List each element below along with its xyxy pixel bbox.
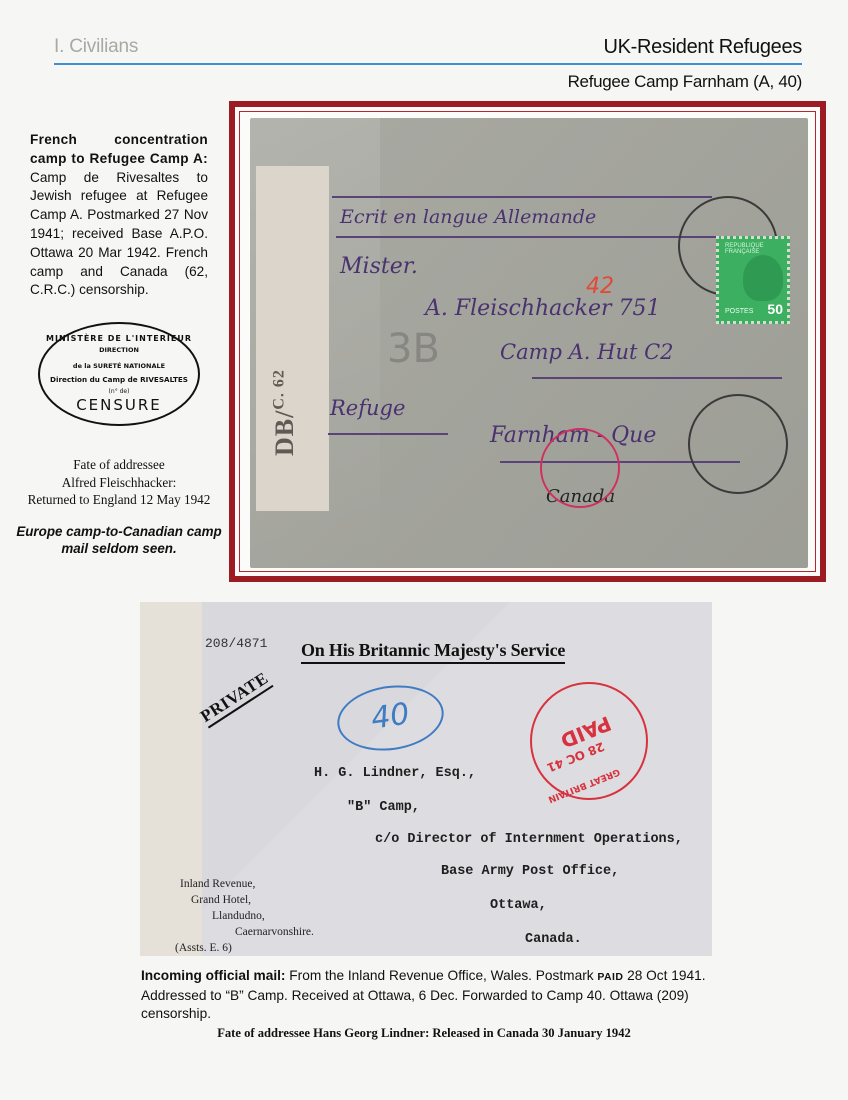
address-line: Base Army Post Office, [441, 864, 619, 879]
address-line: A. Fleischhacker 751 [425, 296, 660, 321]
address-line: Canada. [525, 932, 582, 947]
address-line: Ottawa, [490, 898, 547, 913]
item2-description: Incoming official mail: From the Inland … [141, 967, 741, 1024]
reference-number: 208/4871 [205, 636, 267, 651]
notation-rule [336, 236, 716, 238]
fate-line: Fate of addressee [14, 456, 224, 474]
sender-line: (Assts. E. 6) [175, 942, 232, 954]
stamp-label: POSTES [725, 308, 753, 315]
address-line: Refuge [330, 396, 405, 420]
censor-stamp-line: DIRECTION [40, 346, 198, 354]
sender-line: Inland Revenue, [180, 878, 255, 890]
censor-tape-label: DB/C. 62 [270, 369, 300, 456]
item1-description: French concentration camp to Refugee Cam… [30, 131, 208, 300]
postage-stamp: REPUBLIQUE FRANÇAISE POSTES 50 [716, 236, 790, 324]
page-title: UK-Resident Refugees [603, 36, 802, 59]
arrival-postmark [688, 394, 788, 494]
censor-tape: DB/C. 62 [256, 166, 329, 511]
address-rule [532, 377, 782, 379]
page-subtitle: Refugee Camp Farnham (A, 40) [568, 72, 802, 92]
sender-line: Caernarvonshire. [235, 926, 314, 938]
censor-stamp-line: CENSURE [40, 396, 198, 414]
censor-handstamp [540, 428, 620, 508]
address-rule [328, 433, 448, 435]
censor-stamp-line: (n° de) [40, 388, 198, 395]
address-line: H. G. Lindner, Esq., [314, 766, 476, 781]
item2-fate: Fate of addressee Hans Georg Lindner: Re… [0, 1026, 848, 1041]
handwritten-notation: Ecrit en langue Allemande [340, 206, 596, 228]
item1-fate: Fate of addressee Alfred Fleischhacker: … [14, 456, 224, 509]
header-rule [54, 63, 802, 65]
fate-line: Alfred Fleischhacker: [14, 474, 224, 492]
stamp-value: 50 [767, 301, 783, 317]
section-label: I. Civilians [54, 36, 138, 58]
red-crayon-mark: 42 [586, 274, 614, 299]
fate-line: Returned to England 12 May 1942 [14, 491, 224, 509]
paid-word: PAID [597, 971, 623, 983]
address-line: "B" Camp, [347, 800, 420, 815]
pencil-mark: 3B [387, 326, 440, 372]
item1-heading: French concentration camp to Refugee Cam… [30, 132, 208, 166]
item1-rarity-note: Europe camp-to-Canadian camp mail seldom… [14, 523, 224, 557]
item2-heading: Incoming official mail: [141, 968, 286, 983]
address-line: Mister. [340, 254, 418, 279]
stamp-country: REPUBLIQUE FRANÇAISE [725, 243, 787, 255]
censor-stamp-line: Direction du Camp de RIVESALTES [40, 375, 198, 384]
censor-stamp-illustration: MINISTÈRE DE L'INTERIEUR DIRECTION de la… [38, 322, 200, 426]
censor-stamp-line: de la SURETÉ NATIONALE [40, 362, 198, 370]
address-line: Camp A. Hut C2 [500, 340, 674, 364]
item2-body: From the Inland Revenue Office, Wales. P… [286, 968, 598, 983]
sender-line: Llandudno, [212, 910, 265, 922]
sender-line: Grand Hotel, [191, 894, 251, 906]
service-heading: On His Britannic Majesty's Service [301, 640, 565, 664]
mercury-head-icon [743, 255, 783, 301]
paid-postmark: GREAT BRITAIN 28 OC 41 PAID [530, 682, 648, 800]
notation-rule [332, 196, 712, 198]
address-line: c/o Director of Internment Operations, [375, 832, 683, 847]
item1-body: Camp de Rivesaltes to Jewish refugee at … [30, 170, 208, 298]
censor-stamp-line: MINISTÈRE DE L'INTERIEUR [40, 334, 198, 343]
